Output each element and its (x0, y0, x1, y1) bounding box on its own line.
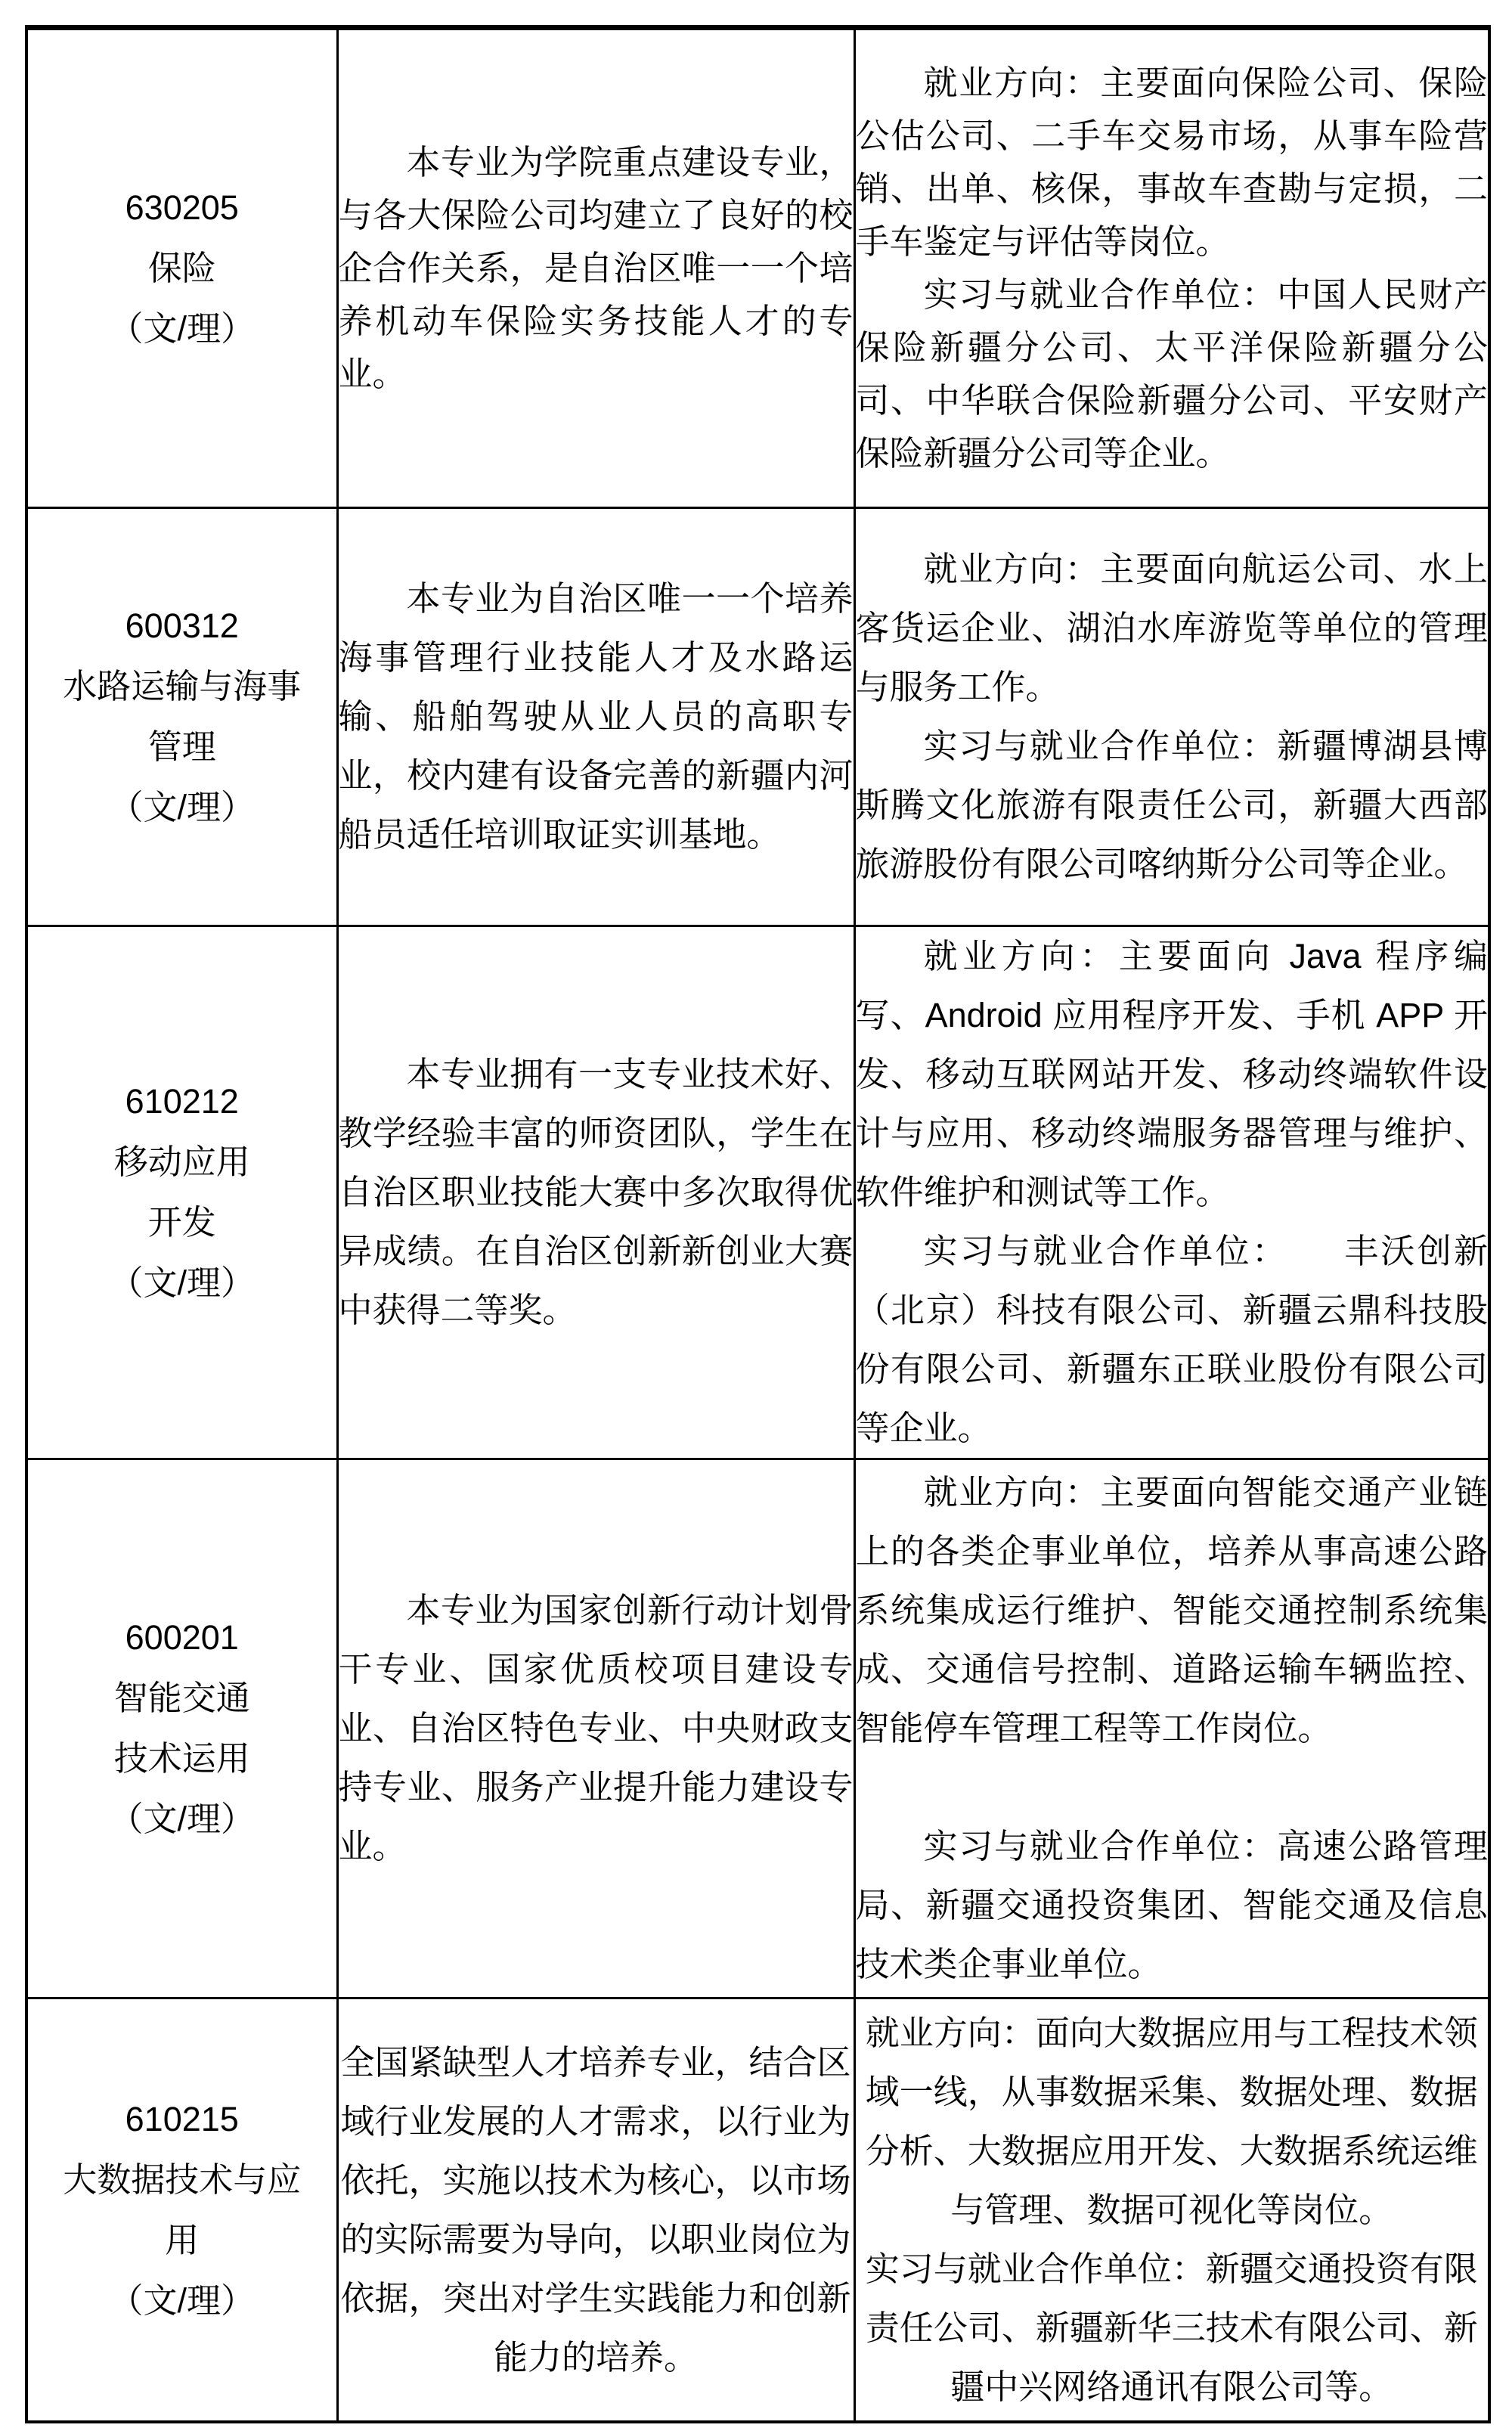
table-row: 610212 移动应用 开发 （文/理） 本专业拥有一支专业技术好、教学经验丰富… (26, 926, 1489, 1459)
description-cell: 本专业拥有一支专业技术好、教学经验丰富的师资团队，学生在自治区职业技能大赛中多次… (337, 926, 854, 1459)
major-cell: 610212 移动应用 开发 （文/理） (26, 926, 337, 1459)
employment-cell: 就业方向：主要面向航运公司、水上客货运企业、湖泊水库游览等单位的管理与服务工作。… (854, 508, 1489, 926)
major-track: （文/理） (28, 1789, 336, 1850)
major-track: （文/理） (28, 1253, 336, 1313)
major-code: 610215 (28, 2089, 336, 2150)
employment-paragraph: 就业方向：主要面向航运公司、水上客货运企业、湖泊水库游览等单位的管理与服务工作。 (856, 540, 1489, 717)
employment-cell: 就业方向：面向大数据应用与工程技术领域一线，从事数据采集、数据处理、数据分析、大… (854, 1998, 1489, 2423)
table-row: 600312 水路运输与海事 管理 （文/理） 本专业为自治区唯一一个培养海事管… (26, 508, 1489, 926)
employment-paragraph: 就业方向：主要面向 Java 程序编写、Android 应用程序开发、手机 AP… (856, 927, 1489, 1222)
employment-paragraph: 就业方向：主要面向智能交通产业链上的各类企事业单位，培养从事高速公路系统集成运行… (856, 1463, 1489, 1758)
description-paragraph: 本专业为学院重点建设专业，与各大保险公司均建立了良好的校企合作关系，是自治区唯一… (339, 136, 854, 401)
employment-cell: 就业方向：主要面向保险公司、保险公估公司、二手车交易市场，从事车险营销、出单、核… (854, 28, 1489, 508)
major-cell: 600201 智能交通 技术运用 （文/理） (26, 1459, 337, 1998)
employment-paragraph: 实习与就业合作单位：高速公路管理局、新疆交通投资集团、智能交通及信息技术类企事业… (856, 1817, 1489, 1994)
major-name: 移动应用 开发 (28, 1132, 336, 1253)
table-row: 610215 大数据技术与应 用 （文/理） 全国紧缺型人才培养专业，结合区域行… (26, 1998, 1489, 2423)
employment-paragraph: 实习与就业合作单位：新疆博湖县博斯腾文化旅游有限责任公司，新疆大西部旅游股份有限… (856, 717, 1489, 894)
employment-paragraph: 实习与就业合作单位：中国人民财产保险新疆分公司、太平洋保险新疆分公司、中华联合保… (856, 268, 1489, 480)
description-cell: 本专业为自治区唯一一个培养海事管理行业技能人才及水路运输、船舶驾驶从业人员的高职… (337, 508, 854, 926)
description-paragraph: 本专业拥有一支专业技术好、教学经验丰富的师资团队，学生在自治区职业技能大赛中多次… (339, 1045, 854, 1340)
employment-paragraph: 就业方向：面向大数据应用与工程技术领域一线，从事数据采集、数据处理、数据分析、大… (856, 2004, 1489, 2240)
description-cell: 全国紧缺型人才培养专业，结合区域行业发展的人才需求，以行业为依托，实施以技术为核… (337, 1998, 854, 2423)
majors-table-body: 630205 保险 （文/理） 本专业为学院重点建设专业，与各大保险公司均建立了… (26, 28, 1489, 2423)
major-cell: 610215 大数据技术与应 用 （文/理） (26, 1998, 337, 2423)
description-paragraph: 本专业为自治区唯一一个培养海事管理行业技能人才及水路运输、船舶驾驶从业人员的高职… (339, 569, 854, 864)
major-code: 630205 (28, 178, 336, 238)
description-cell: 本专业为学院重点建设专业，与各大保险公司均建立了良好的校企合作关系，是自治区唯一… (337, 28, 854, 508)
employment-paragraph: 实习与就业合作单位： 丰沃创新（北京）科技有限公司、新疆云鼎科技股份有限公司、新… (856, 1222, 1489, 1458)
major-track: （文/理） (28, 777, 336, 838)
employment-paragraph: 实习与就业合作单位：新疆交通投资有限责任公司、新疆新华三技术有限公司、新疆中兴网… (856, 2240, 1489, 2417)
employment-paragraph (856, 1758, 1489, 1817)
major-code: 600312 (28, 596, 336, 656)
employment-cell: 就业方向：主要面向智能交通产业链上的各类企事业单位，培养从事高速公路系统集成运行… (854, 1459, 1489, 1998)
table-row: 630205 保险 （文/理） 本专业为学院重点建设专业，与各大保险公司均建立了… (26, 28, 1489, 508)
major-track: （文/理） (28, 2271, 336, 2331)
page: 630205 保险 （文/理） 本专业为学院重点建设专业，与各大保险公司均建立了… (0, 0, 1512, 2431)
major-code: 600201 (28, 1608, 336, 1668)
major-name: 水路运输与海事 管理 (28, 656, 336, 777)
major-track: （文/理） (28, 299, 336, 359)
employment-paragraph: 就业方向：主要面向保险公司、保险公估公司、二手车交易市场，从事车险营销、出单、核… (856, 57, 1489, 268)
employment-cell: 就业方向：主要面向 Java 程序编写、Android 应用程序开发、手机 AP… (854, 926, 1489, 1459)
major-name: 保险 (28, 238, 336, 299)
major-cell: 600312 水路运输与海事 管理 （文/理） (26, 508, 337, 926)
description-paragraph: 本专业为国家创新行动计划骨干专业、国家优质校项目建设专业、自治区特色专业、中央财… (339, 1581, 854, 1876)
majors-table: 630205 保险 （文/理） 本专业为学院重点建设专业，与各大保险公司均建立了… (25, 25, 1491, 2423)
major-name: 大数据技术与应 用 (28, 2150, 336, 2271)
description-paragraph: 全国紧缺型人才培养专业，结合区域行业发展的人才需求，以行业为依托，实施以技术为核… (339, 2033, 854, 2387)
major-name: 智能交通 技术运用 (28, 1668, 336, 1789)
table-row: 600201 智能交通 技术运用 （文/理） 本专业为国家创新行动计划骨干专业、… (26, 1459, 1489, 1998)
description-cell: 本专业为国家创新行动计划骨干专业、国家优质校项目建设专业、自治区特色专业、中央财… (337, 1459, 854, 1998)
major-cell: 630205 保险 （文/理） (26, 28, 337, 508)
major-code: 610212 (28, 1071, 336, 1132)
